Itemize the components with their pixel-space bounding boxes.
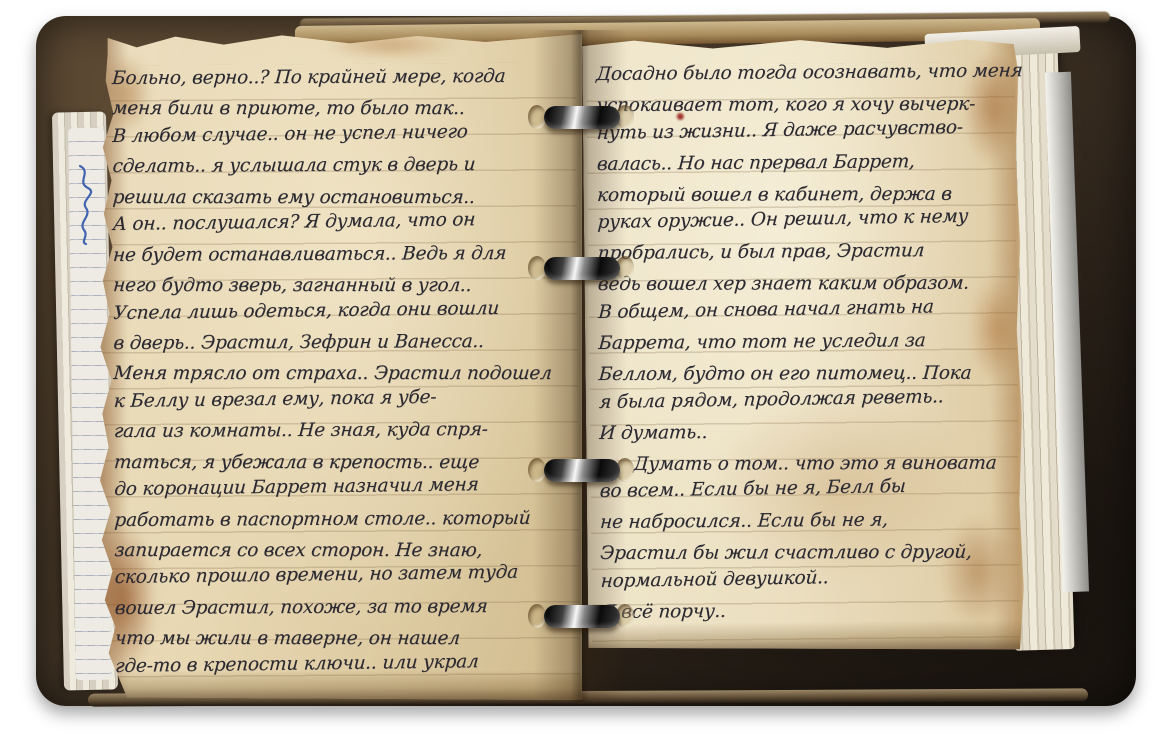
binder-ring	[544, 257, 620, 280]
handwritten-line: к Беллу и врезал ему, пока я убе-	[113, 381, 585, 417]
handwritten-line: Досадно было тогда осознавать, что меня	[595, 56, 1025, 90]
handwritten-line: нормальной девушкой..	[600, 560, 1030, 597]
handwritten-line: руках оружие.. Он решил, что к нему	[597, 201, 1027, 238]
binder-ring	[544, 459, 620, 482]
right-page-text: Досадно было тогда осознавать, что меня …	[596, 56, 1029, 628]
handwritten-line: работать в паспортном столе.. который	[113, 503, 585, 535]
left-page-text: Больно, верно..? По крайней мере, когда …	[112, 62, 585, 683]
handwritten-line: сделать.. я услышала стук в дверь и	[112, 150, 584, 182]
handwritten-line: где-то в крепости ключи.. или украл	[114, 646, 586, 682]
handwritten-line: В общем, он снова начал гнать на	[597, 291, 1027, 328]
binder-ring	[544, 605, 620, 628]
handwritten-line: Я всё порчу..	[600, 594, 1030, 628]
handwritten-line: до коронации Баррет назначил меня	[113, 469, 585, 505]
handwritten-line: валась.. Но нас прервал Баррет,	[596, 146, 1026, 180]
handwritten-line: в дверь.. Эрастил, Зефрин и Ванесса..	[113, 326, 585, 358]
handwritten-line: пробрались, и был прав, Эрастил	[597, 236, 1027, 270]
handwritten-line: Баррета, что тот не уследил за	[598, 325, 1028, 359]
handwritten-line: Больно, верно..? По крайней мере, когда	[111, 62, 583, 94]
handwritten-line: не набросился.. Если бы не я,	[599, 505, 1029, 539]
diary-screenshot: Больно, верно..? По крайней мере, когда …	[0, 0, 1169, 742]
handwritten-line: В любом случае.. он не успел ничего	[112, 116, 584, 152]
handwritten-line: А он.. послушался? Я думала, что он	[112, 204, 584, 240]
handwritten-line: вошел Эрастил, похоже, за то время	[114, 591, 586, 623]
handwritten-line: не будет останавливаться.. Ведь я для	[112, 238, 584, 270]
handwritten-line: гала из комнаты.. Не зная, куда спря-	[113, 415, 585, 447]
handwritten-line: нуть из жизни.. Я даже расчувство-	[596, 112, 1026, 149]
binder-ring	[544, 106, 620, 129]
handwritten-line: сколько прошло времени, но затем туда	[114, 557, 586, 593]
handwritten-line: Успела лишь одеться, когда они вошли	[113, 292, 585, 328]
blue-ink-scribble	[72, 162, 102, 246]
handwritten-line: И думать..	[598, 415, 1028, 449]
handwritten-line: во всем.. Если бы не я, Белл бы	[599, 470, 1029, 507]
handwritten-line: я была рядом, продолжая реветь..	[598, 381, 1028, 418]
